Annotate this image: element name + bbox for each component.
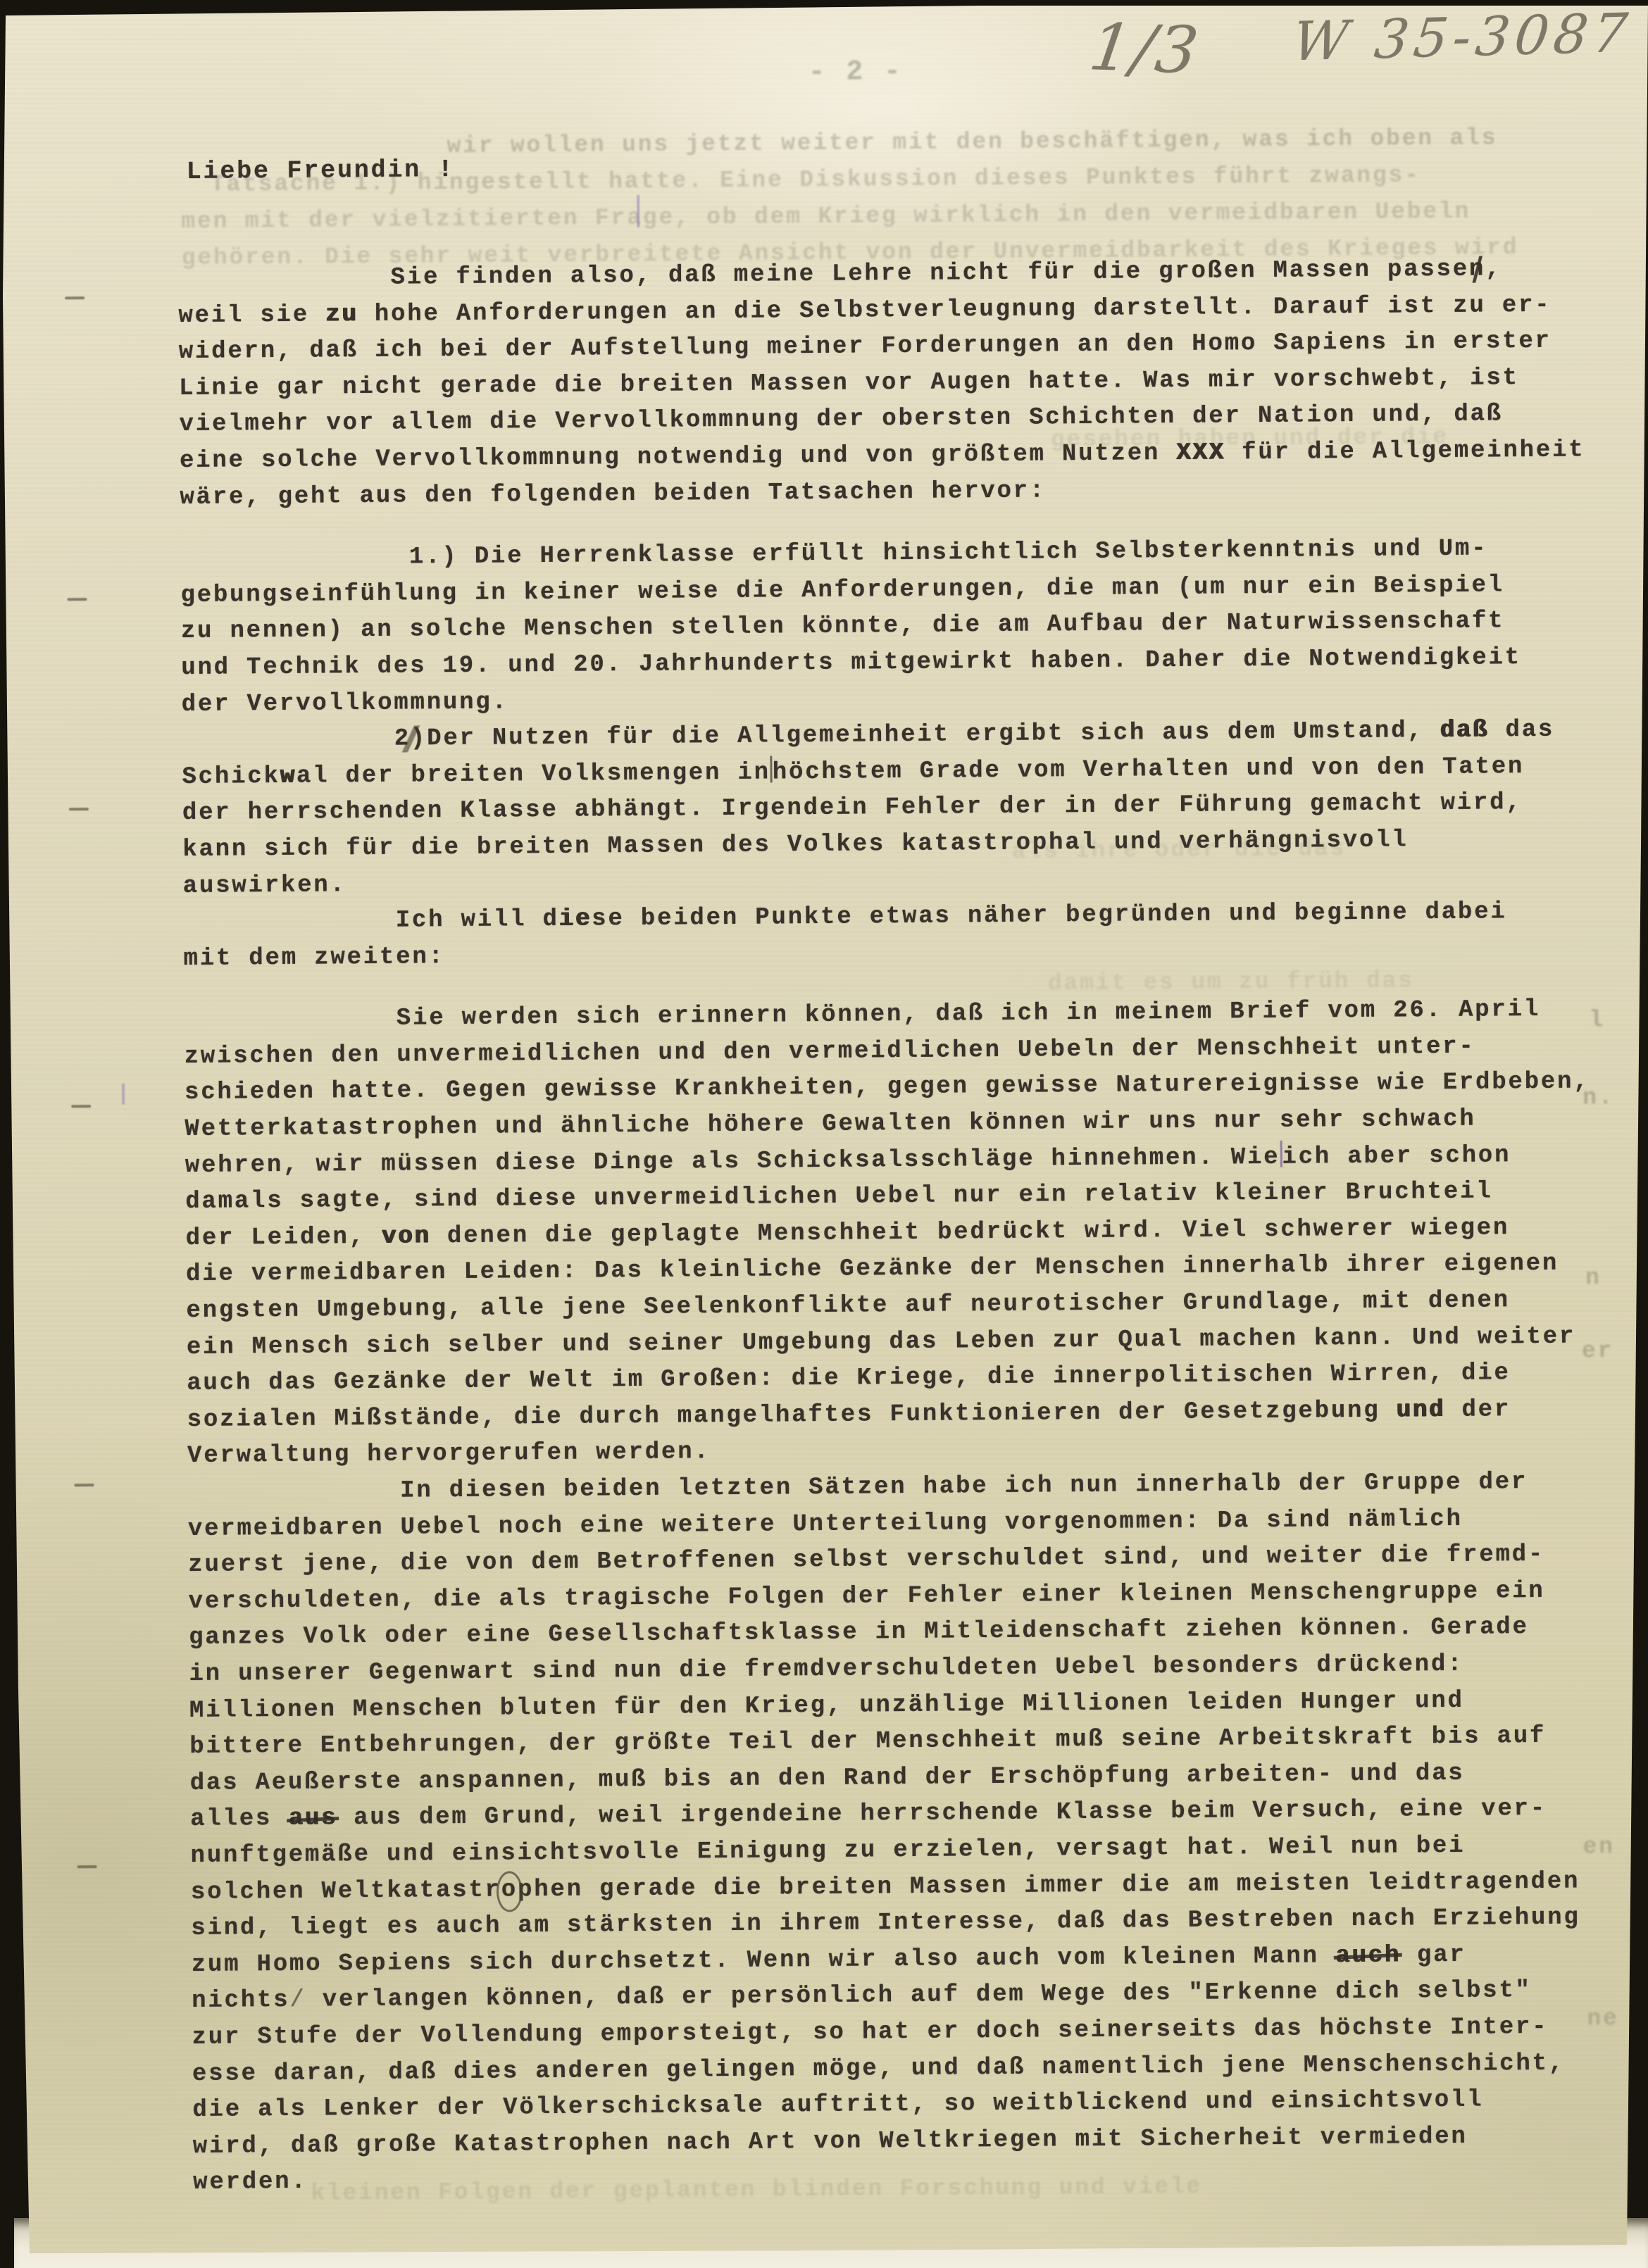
paragraph: Sie finden also, daß meine Lehre nicht f… — [178, 251, 1617, 516]
pencil-margin-dash — [77, 1865, 97, 1868]
pencil-margin-dash — [69, 808, 89, 810]
bleedthrough-text: n. — [1583, 1084, 1615, 1110]
pencil-margin-dash — [68, 598, 87, 601]
paragraph: 1.) Die Herrenklasse erfüllt hinsichtlic… — [180, 530, 1618, 723]
bleedthrough-text: als ihre oder die das — [1011, 836, 1346, 865]
paragraph: Ich will diese beiden Punkte etwas näher… — [183, 894, 1621, 977]
ink-tick — [637, 195, 639, 227]
paragraph: 2)Der Nutzen für die Allgemeinheit ergib… — [182, 712, 1620, 905]
bleedthrough-text: - 2 - — [809, 56, 903, 89]
page-content: Liebe Freundin ! Sie finden also, daß me… — [0, 0, 1648, 2268]
pencil-margin-dash — [65, 296, 85, 299]
bleedthrough-text: l — [1589, 1007, 1605, 1033]
annotation-page-fraction: 1/3 — [1085, 10, 1204, 89]
bleedthrough-text: n — [1585, 1265, 1602, 1291]
bleedthrough-text: wir wollen uns jetzt weiter mit den besc… — [447, 125, 1497, 159]
bleedthrough-layer: wir wollen uns jetzt weiter mit den besc… — [0, 0, 1646, 1]
typed-lines: Sie finden also, daß meine Lehre nicht f… — [178, 251, 1630, 2202]
page-layer: Liebe Freundin ! Sie finden also, daß me… — [0, 0, 1648, 2268]
bleedthrough-text: men mit der vielzitierten Frage, ob dem … — [181, 199, 1471, 234]
pencil-margin-dash — [74, 1484, 94, 1486]
margin-marks-layer — [0, 0, 1646, 1]
paragraph: In diesen beiden letzten Sätzen habe ich… — [187, 1464, 1630, 2202]
bleedthrough-text: damit es um zu früh das — [1048, 967, 1414, 996]
annotation-doc-number: W 35-3087 — [1290, 1, 1635, 73]
pencil-margin-dash — [71, 1105, 91, 1108]
bleedthrough-text: er — [1582, 1338, 1614, 1364]
bleedthrough-text: gesehen haben und der die — [1051, 424, 1449, 453]
ink-tick — [122, 1084, 125, 1105]
bleedthrough-text: en — [1583, 1834, 1615, 1860]
bleedthrough-text: ne — [1587, 2005, 1619, 2031]
paragraph: Sie werden sich erinnern können, daß ich… — [184, 991, 1624, 1475]
